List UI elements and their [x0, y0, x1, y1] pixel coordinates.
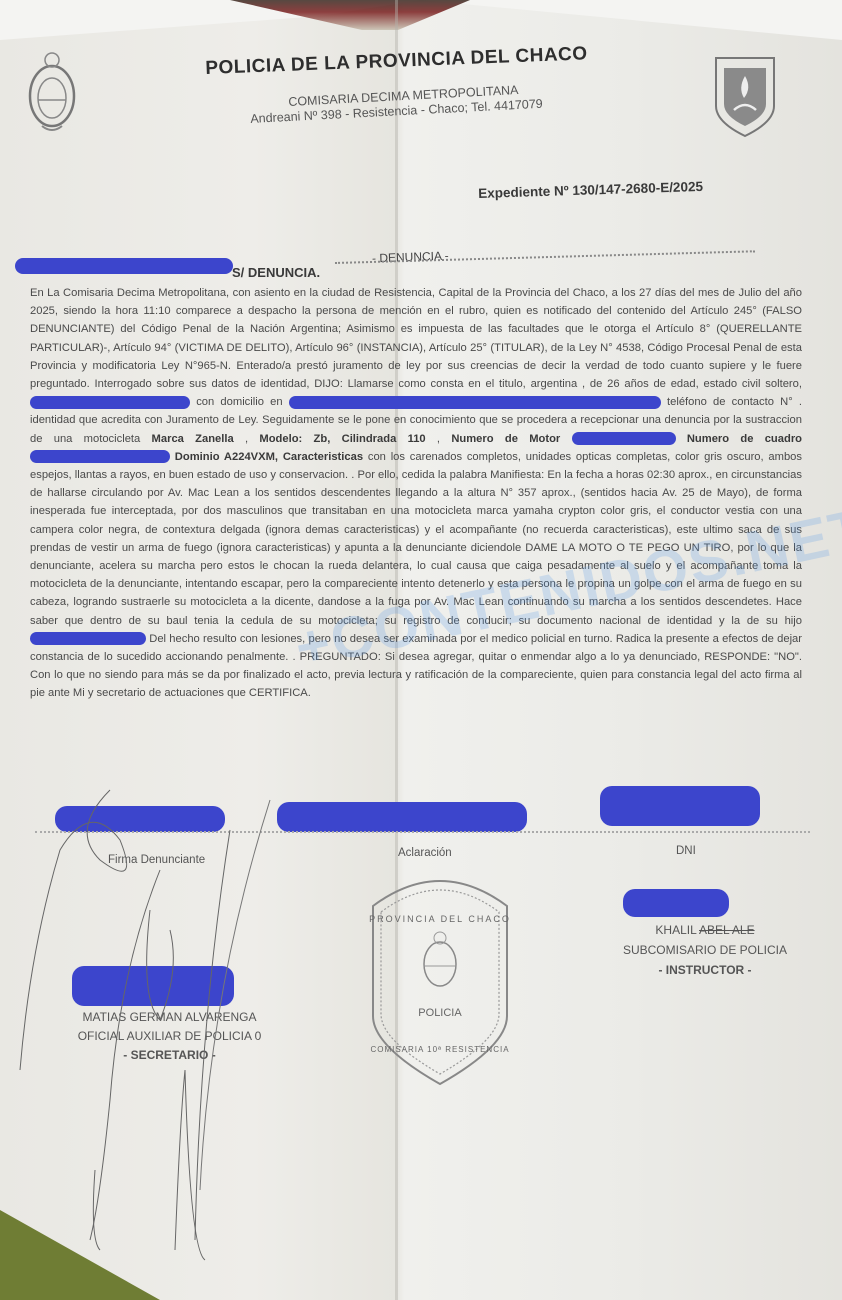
firma-denunciante-label: Firma Denunciante — [108, 854, 205, 866]
body-text-domicilio: con domicilio en — [196, 396, 282, 408]
redaction-son-name — [30, 632, 146, 645]
vehicle-engine-label: Numero de Motor — [451, 433, 560, 445]
vehicle-model: Modelo: Zb, — [259, 433, 330, 445]
argentina-coat-of-arms-icon — [22, 48, 82, 136]
body-text-intro: En La Comisaria Decima Metropolitana, co… — [30, 287, 802, 390]
redaction-name — [15, 258, 233, 274]
vehicle-frame-label: Numero de cuadro — [687, 433, 802, 445]
redaction-engine-number — [572, 432, 676, 445]
redaction-inline — [30, 396, 190, 409]
secretary-role: - SECRETARIO - — [62, 1046, 277, 1065]
redaction-aclaracion — [277, 802, 527, 832]
aclaracion-label: Aclaración — [398, 847, 452, 859]
secretary-rank: OFICIAL AUXILIAR DE POLICIA 0 — [62, 1027, 277, 1046]
redaction-dni — [600, 786, 760, 826]
document-body: En La Comisaria Decima Metropolitana, co… — [30, 284, 802, 703]
vehicle-features-label: Caracteristicas — [283, 451, 363, 463]
body-text-narrative: con los carenados completos, unidades op… — [30, 451, 802, 627]
vehicle-plate: Dominio A224VXM, — [175, 451, 278, 463]
denuncia-heading: - DENUNCIA - — [372, 249, 449, 266]
redaction-address — [289, 396, 661, 409]
redaction-signature — [55, 806, 225, 832]
body-text-closing: Del hecho resulto con lesiones, pero no … — [30, 633, 802, 700]
secretary-name: MATIAS GERMAN ALVARENGA — [62, 1008, 277, 1027]
seal-center-text: POLICIA — [418, 1007, 462, 1019]
instructor-rank: SUBCOMISARIO DE POLICIA — [600, 940, 810, 960]
chaco-police-shield-icon — [710, 52, 780, 138]
secretary-block: MATIAS GERMAN ALVARENGA OFICIAL AUXILIAR… — [62, 1008, 277, 1065]
signature-dotted-line — [35, 831, 810, 833]
s-denuncia-label: S/ DENUNCIA. — [232, 265, 320, 280]
redaction-secretary-signature — [72, 966, 234, 1006]
redaction-frame-number — [30, 450, 170, 463]
instructor-name: KHALIL ABEL ALE — [600, 920, 810, 940]
instructor-role: - INSTRUCTOR - — [600, 960, 810, 980]
instructor-block: KHALIL ABEL ALE SUBCOMISARIO DE POLICIA … — [600, 920, 810, 980]
redaction-instructor-signature — [623, 889, 729, 917]
dni-label: DNI — [676, 845, 696, 857]
police-seal-stamp: POLICIA PROVINCIA DEL CHACO COMISARIA 10… — [365, 866, 515, 1086]
vehicle-displacement: Cilindrada 110 — [342, 433, 426, 445]
seal-top-text: PROVINCIA DEL CHACO — [369, 914, 511, 924]
body-paragraph: En La Comisaria Decima Metropolitana, co… — [30, 284, 802, 703]
vehicle-brand: Marca Zanella — [152, 433, 234, 445]
seal-bottom-text: COMISARIA 10ª RESISTENCIA — [370, 1045, 509, 1054]
